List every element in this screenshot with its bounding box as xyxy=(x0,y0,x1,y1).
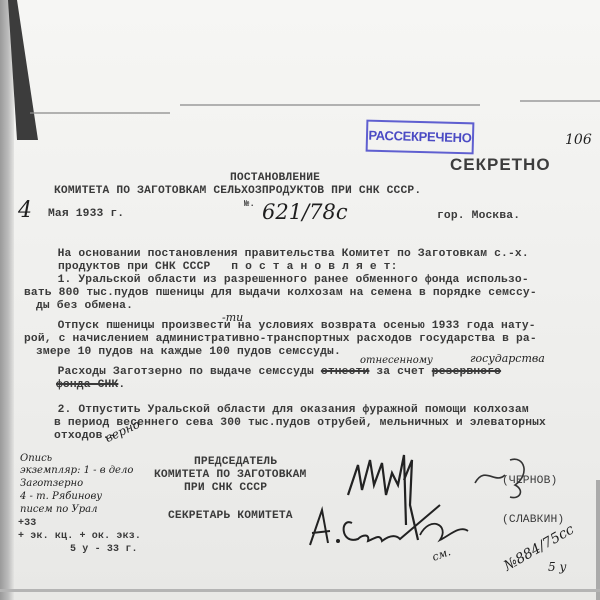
struck-text: отнести xyxy=(321,366,370,378)
body-line: рой, с начислением административно-транс… xyxy=(24,333,537,345)
struck-text: резервного xyxy=(432,366,501,378)
number-prefix: №. xyxy=(244,199,255,209)
body-line: 1. Уральской области из разрешенного ран… xyxy=(16,274,529,286)
distribution-note: Заготзерно xyxy=(20,478,83,489)
approval-mark xyxy=(470,455,540,505)
body-line: змере 10 пудов на каждые 100 пудов семсс… xyxy=(36,346,341,358)
distribution-date: 5 у - 33 г. xyxy=(70,544,138,555)
handwritten-correction: -ти xyxy=(222,311,243,324)
handwritten-insert: отнесенному xyxy=(360,355,433,366)
secretary-title: СЕКРЕТАРЬ КОМИТЕТА xyxy=(168,510,293,522)
secretary-signature xyxy=(300,495,500,565)
body-line: Расходы Заготзерно по выдаче семссуды от… xyxy=(16,366,501,378)
distribution-note: Опись xyxy=(20,452,52,465)
scan-edge-right xyxy=(596,480,600,600)
secretary-name: (СЛАВКИН) xyxy=(502,514,564,526)
date-day: 4 xyxy=(18,198,32,223)
page-number: 106 xyxy=(565,132,592,148)
registration-date: 5 у xyxy=(548,560,566,574)
body-line: продуктов при СНК СССР п о с т а н о в л… xyxy=(58,261,398,273)
document-number: 621/78с xyxy=(262,200,348,224)
document-page: РАССЕКРЕЧЕНО СЕКРЕТНО 106 ПОСТАНОВЛЕНИЕ … xyxy=(0,0,600,600)
chairman-title: ПРЕДСЕДАТЕЛЬ xyxy=(194,456,277,468)
declassified-stamp: РАССЕКРЕЧЕНО xyxy=(366,120,475,155)
distribution-footer: + эк. кц. + ок. экз. xyxy=(18,531,141,542)
chairman-title: КОМИТЕТА ПО ЗАГОТОВКАМ xyxy=(154,469,306,481)
distribution-note: 4 - т. Рябинову xyxy=(20,491,102,502)
classification-label: СЕКРЕТНО xyxy=(450,155,551,175)
document-title: ПОСТАНОВЛЕНИЕ xyxy=(230,172,320,184)
text-run: . xyxy=(118,379,125,391)
document-date: Мая 1933 г. xyxy=(48,208,124,220)
distribution-note: экземпляр: 1 - в дело xyxy=(20,465,133,476)
body-line: фонда СНК. xyxy=(56,379,125,391)
scan-edge-bottom xyxy=(0,589,600,592)
handwritten-insert: государства xyxy=(470,352,545,365)
body-line: вать 800 тыс.пудов пшеницы для выдачи ко… xyxy=(24,287,537,299)
document-subtitle: КОМИТЕТА ПО ЗАГОТОВКАМ СЕЛЬХОЗПРОДУКТОВ … xyxy=(54,185,421,197)
fold-line xyxy=(520,100,600,102)
body-line: На основании постановления правительства… xyxy=(16,248,529,260)
text-run: Расходы Заготзерно по выдаче семссуды xyxy=(16,366,321,378)
body-line: Отпуск пшеницы произвести на условиях во… xyxy=(16,320,536,332)
text-run: за счет xyxy=(369,366,431,378)
distribution-note: писем по Урал xyxy=(20,504,97,515)
body-line: ды без обмена. xyxy=(36,300,133,312)
scan-edge xyxy=(0,0,14,600)
chairman-title: ПРИ СНК СССР xyxy=(184,482,267,494)
fold-line xyxy=(30,112,170,114)
struck-text: фонда СНК xyxy=(56,379,118,391)
fold-line xyxy=(180,104,480,106)
document-place: гор. Москва. xyxy=(437,210,520,222)
body-line: 2. Отпустить Уральской области для оказа… xyxy=(16,404,529,416)
distribution-note: +33 xyxy=(18,518,36,529)
